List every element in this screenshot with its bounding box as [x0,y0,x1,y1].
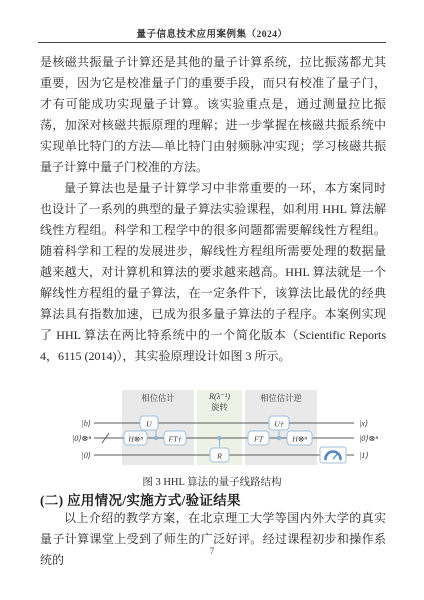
header-rule [38,42,386,43]
ket-output-zero-n: |0⟩⊗ⁿ [359,434,378,443]
ket-output-x: |x⟩ [359,419,368,428]
section-heading: (二) 应用情况/实施方式/验证结果 [40,489,386,509]
ket-input-b: |b⟩ [81,419,91,428]
paragraph-hhl-algorithm: 量子算法也是量子计算学习中非常重要的一环，本方案同时也设计了一系列的典型的量子算… [40,178,386,367]
rotation-label-line1: R(λ⁻¹) [208,392,230,401]
gate-r: R [216,452,222,461]
hhl-circuit-diagram: 相位估计 R(λ⁻¹) 旋转 相位估计逆 |b⟩ |0⟩⊗ⁿ |0⟩ |x⟩ |… [72,386,387,470]
quantum-circuit-figure: 相位估计 R(λ⁻¹) 旋转 相位估计逆 |b⟩ |0⟩⊗ⁿ |0⟩ |x⟩ |… [72,386,387,470]
rotation-label-line2: 旋转 [211,402,228,412]
control-dot-u [154,436,158,440]
gate-ft-dagger: FT† [168,435,183,444]
gate-hn-left: H⊗ⁿ [127,435,143,444]
ket-output-one: |1⟩ [359,451,369,460]
control-dot-u-dagger [277,436,281,440]
ket-input-zero: |0⟩ [81,451,91,460]
gate-ft: FT [253,435,264,444]
inverse-phase-estimation-label: 相位估计逆 [260,393,302,403]
control-dot-r [217,436,221,440]
paragraph-application: 以上介绍的教学方案，在北京理工大学等国内外大学的真实量子计算课堂上受到了师生的广… [40,508,386,571]
measurement-box [320,447,346,463]
running-header: 量子信息技术应用案例集（2024） [38,26,386,40]
document-page: 量子信息技术应用案例集（2024） 是核磁共振量子计算还是其他的量子计算系统，拉… [0,0,424,600]
gate-hn-right: H⊗ⁿ [291,435,307,444]
figure-caption: 图 3 HHL 算法的量子线路结构 [38,474,386,489]
page-number: 7 [0,546,424,556]
paragraph-rabi-oscillation: 是核磁共振量子计算还是其他的量子计算系统，拉比振荡都尤其重要，因为它是校准量子门… [40,52,386,178]
phase-estimation-label: 相位估计 [141,393,174,403]
gate-u-dagger: U† [274,420,285,429]
ket-input-zero-n: |0⟩⊗ⁿ [72,434,91,443]
